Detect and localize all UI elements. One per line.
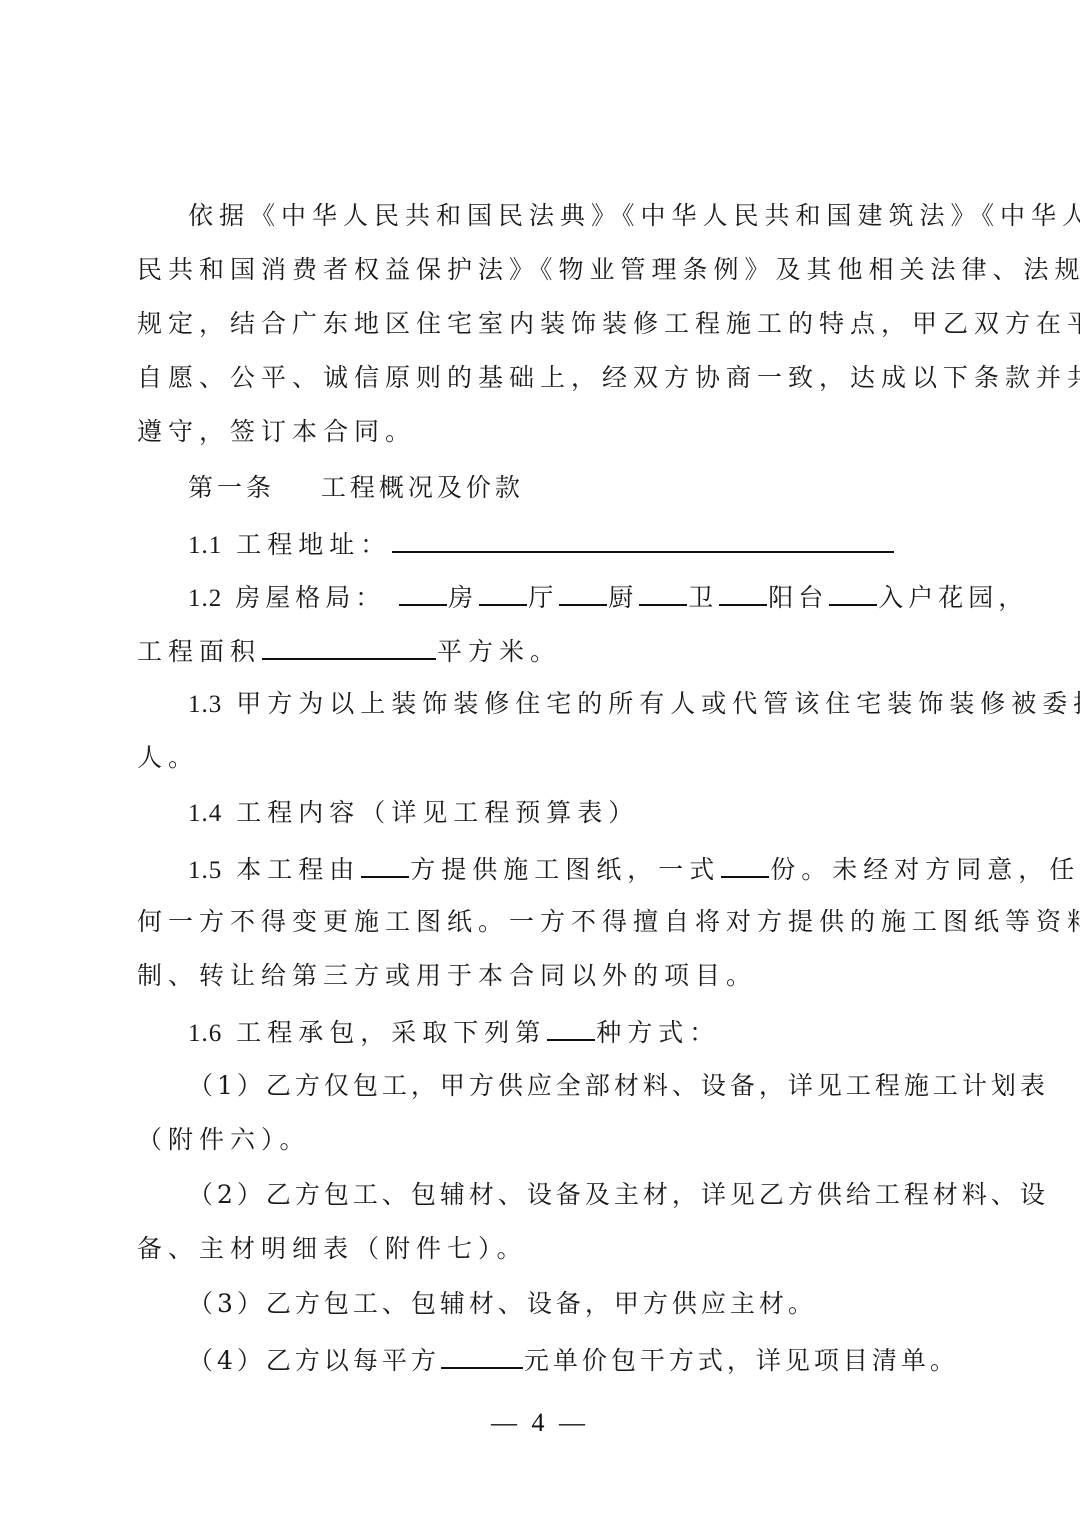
clause-number: 1.6 — [188, 1020, 222, 1047]
clause-number: 1.5 — [188, 857, 222, 884]
option-1-line-2: （附件六）。 — [137, 1122, 945, 1158]
project-address-field[interactable] — [392, 525, 894, 553]
option-4: （4）乙方以每平方元单价包干方式，详见项目清单。 — [188, 1341, 945, 1377]
clause-text: 工程内容（详见工程预算表） — [236, 798, 639, 827]
clause-text: 方提供施工图纸，一式 — [410, 855, 720, 884]
clause-1-6: 1.6 工程承包，采取下列第种方式： — [188, 1013, 945, 1049]
clause-label: 房屋格局： — [235, 583, 385, 612]
halls-field[interactable] — [479, 578, 527, 606]
bathrooms-field[interactable] — [639, 578, 687, 606]
document-page: 依据《中华人民共和国民法典》《中华人民共和国建筑法》《中华人 民共和国消费者权益… — [0, 0, 1080, 1528]
unit-label: 入户花园， — [878, 583, 1028, 612]
kitchens-field[interactable] — [559, 578, 607, 606]
drawing-copies-field[interactable] — [721, 850, 769, 878]
unit-label: 厨 — [608, 583, 638, 612]
clause-text: 种方式： — [596, 1018, 720, 1047]
preamble-line-5: 遵守，签订本合同。 — [137, 414, 945, 450]
preamble-line-2: 民共和国消费者权益保护法》《物业管理条例》及其他相关法律、法规的 — [137, 252, 945, 288]
page-number: — 4 — — [0, 1408, 1080, 1438]
entrance-garden-field[interactable] — [829, 578, 877, 606]
preamble-line-4: 自愿、公平、诚信原则的基础上，经双方协商一致，达成以下条款并共同 — [137, 360, 945, 396]
clause-text: 份。未经对方同意，任 — [770, 855, 1080, 884]
option-text: （4）乙方以每平方 — [188, 1346, 440, 1375]
article-number: 第一条 — [188, 473, 275, 502]
clause-1-5: 1.5 本工程由方提供施工图纸，一式份。未经对方同意，任 — [188, 850, 945, 886]
clause-label: 工程地址： — [236, 530, 391, 559]
preamble-line-1: 依据《中华人民共和国民法典》《中华人民共和国建筑法》《中华人 — [188, 198, 945, 234]
clause-number: 1.4 — [188, 800, 222, 827]
unit-label: 阳台 — [768, 583, 828, 612]
preamble-line-3: 规定，结合广东地区住宅室内装饰装修工程施工的特点，甲乙双方在平等、 — [137, 306, 945, 342]
option-3: （3）乙方包工、包辅材、设备，甲方供应主材。 — [188, 1286, 945, 1322]
clause-1-3: 1.3 甲方为以上装饰装修住宅的所有人或代管该住宅装饰装修被委托 — [188, 686, 945, 722]
clause-1-2-area: 工程面积平方米。 — [137, 632, 945, 668]
area-field[interactable] — [262, 632, 436, 660]
clause-number: 1.2 — [188, 585, 222, 612]
clause-1-5-line-2: 何一方不得变更施工图纸。一方不得擅自将对方提供的施工图纸等资料复 — [137, 904, 945, 940]
clause-1-5-line-3: 制、转让给第三方或用于本合同以外的项目。 — [137, 958, 945, 994]
clause-text: 工程承包，采取下列第 — [236, 1018, 546, 1047]
article-heading: 第一条 工程概况及价款 — [188, 470, 945, 506]
unit-label: 厅 — [528, 583, 558, 612]
option-2-line-2: 备、主材明细表（附件七）。 — [137, 1231, 945, 1267]
clause-text: 甲方为以上装饰装修住宅的所有人或代管该住宅装饰装修被委托 — [236, 689, 1080, 718]
clause-number: 1.3 — [188, 691, 222, 718]
area-label: 工程面积 — [137, 637, 261, 666]
drawing-provider-field[interactable] — [361, 850, 409, 878]
clause-1-3-line-2: 人。 — [137, 740, 945, 776]
option-1: （1）乙方仅包工，甲方供应全部材料、设备，详见工程施工计划表 — [188, 1068, 945, 1104]
unit-price-field[interactable] — [441, 1341, 523, 1369]
area-unit: 平方米。 — [437, 637, 561, 666]
contract-method-field[interactable] — [547, 1013, 595, 1041]
clause-text: 本工程由 — [236, 855, 360, 884]
option-2: （2）乙方包工、包辅材、设备及主材，详见乙方供给工程材料、设 — [188, 1177, 945, 1213]
option-text: 元单价包干方式，详见项目清单。 — [524, 1346, 959, 1375]
clause-1-1: 1.1 工程地址： — [188, 525, 945, 561]
balconies-field[interactable] — [719, 578, 767, 606]
clause-1-4: 1.4 工程内容（详见工程预算表） — [188, 795, 945, 831]
rooms-field[interactable] — [399, 578, 447, 606]
unit-label: 房 — [448, 583, 478, 612]
clause-1-2: 1.2 房屋格局： 房厅厨卫阳台入户花园， — [188, 578, 945, 614]
clause-number: 1.1 — [188, 532, 222, 559]
article-title: 工程概况及价款 — [321, 473, 524, 502]
unit-label: 卫 — [688, 583, 718, 612]
